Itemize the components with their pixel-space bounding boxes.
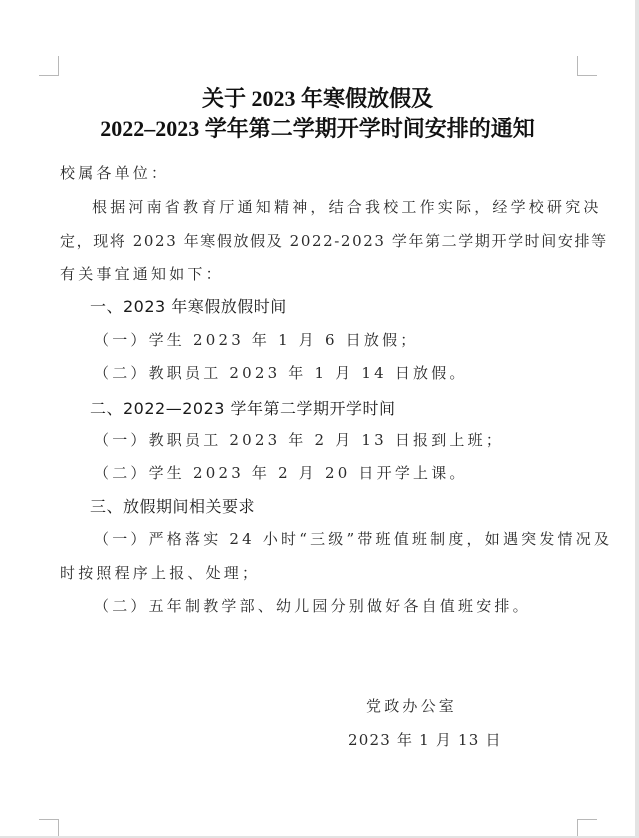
section-2-item-1: （一）教职员工 2023 年 2 月 13 日报到上班； (94, 429, 504, 450)
corner-mark-bottom-right-v (577, 819, 578, 837)
corner-mark-bottom-left-v (58, 819, 59, 837)
corner-mark-bottom-right-h (577, 819, 597, 820)
section-3-item-2: （二）五年制教学部、幼儿园分别做好各自值班安排。 (94, 595, 531, 616)
corner-mark-bottom-left-h (39, 819, 59, 820)
section-3-item-1-cont: 时按照程序上报、处理； (60, 562, 260, 583)
signature-office: 党政办公室 (366, 695, 457, 716)
document-page: 关于 2023 年寒假放假及 2022–2023 学年第二学期开学时间安排的通知… (0, 0, 635, 836)
corner-mark-top-left-v (58, 56, 59, 76)
section-2-item-2: （二）学生 2023 年 2 月 20 日开学上课。 (94, 462, 468, 483)
intro-line-1: 根据河南省教育厅通知精神，结合我校工作实际，经学校研究决 (92, 196, 602, 217)
intro-line-3: 有关事宜通知如下： (60, 263, 224, 284)
signature-date: 2023 年 1 月 13 日 (348, 729, 502, 750)
document-title-line2: 2022–2023 学年第二学期开学时间安排的通知 (0, 112, 635, 143)
document-title-line1: 关于 2023 年寒假放假及 (0, 82, 635, 113)
intro-line-2: 定，现将 2023 年寒假放假及 2022-2023 学年第二学期开学时间安排等 (60, 230, 608, 251)
corner-mark-top-left-h (39, 75, 59, 76)
section-3-heading: 三、放假期间相关要求 (90, 494, 255, 517)
corner-mark-top-right-v (577, 56, 578, 76)
section-2-heading: 二、2022—2023 学年第二学期开学时间 (90, 396, 396, 419)
section-1-item-2: （二）教职员工 2023 年 1 月 14 日放假。 (94, 362, 468, 383)
section-1-heading: 一、2023 年寒假放假时间 (90, 294, 287, 317)
section-1-item-1: （一）学生 2023 年 1 月 6 日放假； (94, 329, 418, 350)
salutation: 校属各单位： (60, 162, 169, 183)
page-edge-shadow-right (635, 0, 639, 838)
corner-mark-top-right-h (577, 75, 597, 76)
section-3-item-1: （一）严格落实 24 小时“三级”带班值班制度，如遇突发情况及 (94, 528, 612, 549)
